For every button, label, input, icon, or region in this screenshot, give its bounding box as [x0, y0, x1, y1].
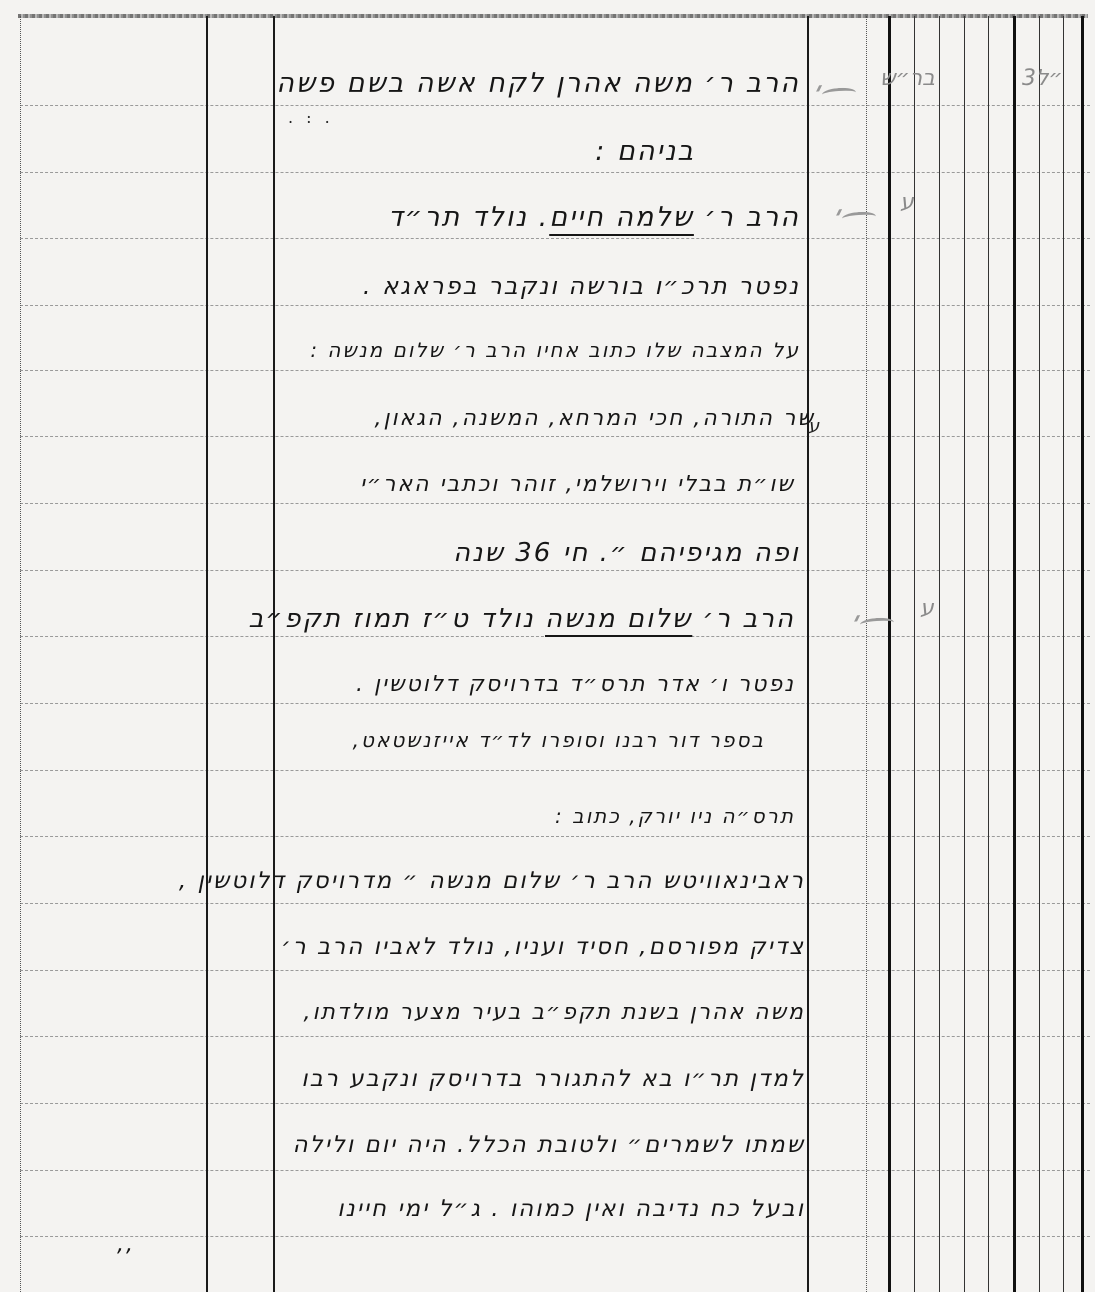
ruled-line	[20, 1036, 1090, 1037]
ruled-line	[20, 570, 1090, 571]
column-line	[988, 16, 989, 1292]
column-line	[1063, 16, 1064, 1292]
text-line-7: שו״ת בבלי וירושלמי, זוהר וכתבי האר״י	[360, 472, 795, 497]
underlined-name: שלמה חיים	[549, 202, 694, 233]
column-line	[888, 16, 891, 1292]
column-line	[206, 16, 208, 1292]
ruled-line	[20, 836, 1090, 837]
text-line-14: צדיק מפורסם, חסיד ועניו, נולד לאביו הרב …	[281, 934, 805, 960]
text-segment: הרב ר׳	[694, 202, 800, 233]
column-line	[939, 16, 940, 1292]
column-line	[964, 16, 965, 1292]
text-line-19: ,,	[117, 1232, 135, 1257]
text-line-6: שר התורה, חכי המרחא, המשנה, הגאון,	[374, 406, 815, 431]
ruled-line	[20, 172, 1090, 173]
text-line-13: ראבינאוויטש הרב ר׳ שלום מנשה ״ מדרויסק ד…	[179, 868, 805, 894]
ruled-line	[20, 970, 1090, 971]
ruled-line	[20, 238, 1090, 239]
column-line	[1039, 16, 1040, 1292]
text-segment: נולד ט״ז תמוז תקפ״ב	[248, 604, 545, 634]
ruled-line	[20, 370, 1090, 371]
ruled-line	[20, 1103, 1090, 1104]
pencil-arrow-icon	[860, 617, 895, 630]
column-line	[807, 16, 809, 1292]
ruled-line	[20, 903, 1090, 904]
text-line-17: שמתו לשמרים״ ולטובת הכלל. היה יום ולילה	[293, 1132, 805, 1158]
margin-note: בר״ש	[880, 66, 935, 91]
column-line	[914, 16, 915, 1292]
ruled-line	[20, 105, 1090, 106]
column-line	[273, 16, 275, 1292]
pencil-arrow-icon	[842, 211, 877, 224]
ruled-line	[20, 436, 1090, 437]
ruled-line	[20, 305, 1090, 306]
dots-decoration: . : .	[288, 108, 334, 127]
text-segment: . נולד תר״ד	[388, 202, 549, 233]
column-line	[866, 16, 867, 1292]
margin-note: 3״ל	[1022, 66, 1063, 91]
text-line-10: נפטר ו׳ אדר תרס״ד בדרויסק דלוטשין .	[356, 672, 795, 697]
text-line-18: ובעל כח נדיבה ואין כמוהו . ג״ל ימי חיינו	[337, 1196, 805, 1222]
text-line-12: תרס״ה ניו יורק, כתוב :	[555, 804, 795, 828]
text-line-9: הרב ר׳ שלום מנשה נולד ט״ז תמוז תקפ״ב	[248, 604, 795, 634]
column-line	[1013, 16, 1016, 1292]
margin-note: ע	[920, 596, 934, 621]
pencil-arrow-icon	[822, 87, 857, 100]
ruled-line	[20, 770, 1090, 771]
text-line-1: הרב ר׳ משה אהרן לקח אשה בשם פשה	[276, 68, 800, 99]
margin-note: ע	[900, 190, 914, 215]
notebook-page: בר״ש 3״ל ע ע ע הרב ר׳ משה אהרן לקח אשה ב…	[0, 0, 1095, 1292]
page-top-border	[18, 14, 1088, 18]
ruled-line	[20, 1170, 1090, 1171]
text-line-3: הרב ר׳ שלמה חיים. נולד תר״ד	[388, 202, 800, 233]
ruled-line	[20, 1236, 1090, 1237]
ruled-line	[20, 503, 1090, 504]
text-segment: הרב ר׳	[692, 604, 795, 634]
text-line-16: למדן תר״ו בא להתגורר בדרויסק ונקבע רבו	[301, 1066, 805, 1092]
left-margin-line	[20, 16, 21, 1292]
text-line-4: נפטר תרכ״ו בורשה ונקבר בפראגא .	[363, 272, 800, 300]
text-line-8: ופה מגיפיהם ״. חי 36 שנה	[453, 538, 800, 568]
text-line-15: משה אהרן בשנת תקפ״ב בעיר מצער מולדתו,	[303, 1000, 805, 1025]
ruled-line	[20, 636, 1090, 637]
ruled-line	[20, 703, 1090, 704]
text-line-5: על המצבה שלו כתוב אחיו הרב ר׳ שלום מנשה …	[310, 338, 800, 362]
text-line-2: בניהם :	[595, 136, 695, 167]
underlined-name: שלום מנשה	[545, 604, 692, 634]
column-line	[1081, 16, 1084, 1292]
text-line-11: בספר דור רבנו וסופרו לד״ד אייזנשטאט,	[353, 728, 765, 752]
